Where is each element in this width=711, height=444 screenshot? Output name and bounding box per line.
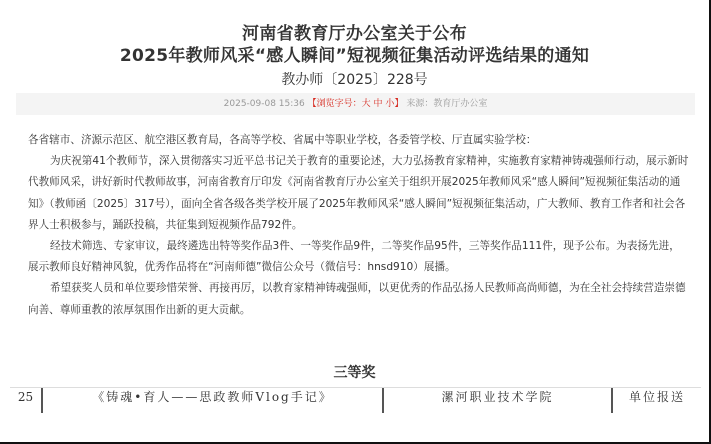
source-label: 来源： xyxy=(406,99,433,109)
body-paragraph: 经技术筛选、专家审议，最终遴选出特等奖作品3件、一等奖作品9件，二等奖作品95件… xyxy=(28,236,690,278)
font-size-large-button[interactable]: 大 xyxy=(362,99,371,109)
document-number: 教办师〔2025〕228号 xyxy=(0,69,709,89)
table-row: 25 《铸魂•育人——思政教师Vlog手记》 漯河职业技术学院 单位报送 xyxy=(10,387,701,412)
font-size-medium-button[interactable]: 中 xyxy=(374,99,383,109)
work-title: 《铸魂•育人——思政教师Vlog手记》 xyxy=(41,388,382,413)
award-level-heading: 三等奖 xyxy=(0,362,709,382)
body-paragraph: 为庆祝第41个教师节，深入贯彻落实习近平总书记关于教育的重要论述，大力弘扬教育家… xyxy=(28,151,690,236)
article-title-line2: 2025年教师风采“感人瞬间”短视频征集活动评选结果的通知 xyxy=(0,41,709,66)
article-body: 各省辖市、济源示范区、航空港区教育局，各高等学校、省属中等职业学校，各委管学校、… xyxy=(28,130,690,321)
submitting-unit: 漯河职业技术学院 xyxy=(382,388,611,413)
source-value: 教育厅办公室 xyxy=(433,99,487,109)
article-page: 河南省教育厅办公室关于公布 2025年教师风采“感人瞬间”短视频征集活动评选结果… xyxy=(0,0,711,444)
font-size-label-close: 】 xyxy=(394,99,403,109)
publish-datetime: 2025-09-08 15:36 xyxy=(224,99,305,109)
body-paragraph: 希望获奖人员和单位要珍惜荣誉、再接再厉，以教育家精神铸魂强师，以更优秀的作品弘扬… xyxy=(28,278,690,320)
submission-method: 单位报送 xyxy=(611,388,701,413)
font-size-label: 【浏览字号： xyxy=(308,99,362,109)
row-index: 25 xyxy=(10,388,41,413)
salutation-paragraph: 各省辖市、济源示范区、航空港区教育局，各高等学校、省属中等职业学校，各委管学校、… xyxy=(28,130,690,151)
article-meta-bar: 2025-09-08 15:36 【浏览字号：大 中 小】 来源：教育厅办公室 xyxy=(16,93,695,115)
font-size-control: 【浏览字号：大 中 小】 xyxy=(308,99,404,109)
